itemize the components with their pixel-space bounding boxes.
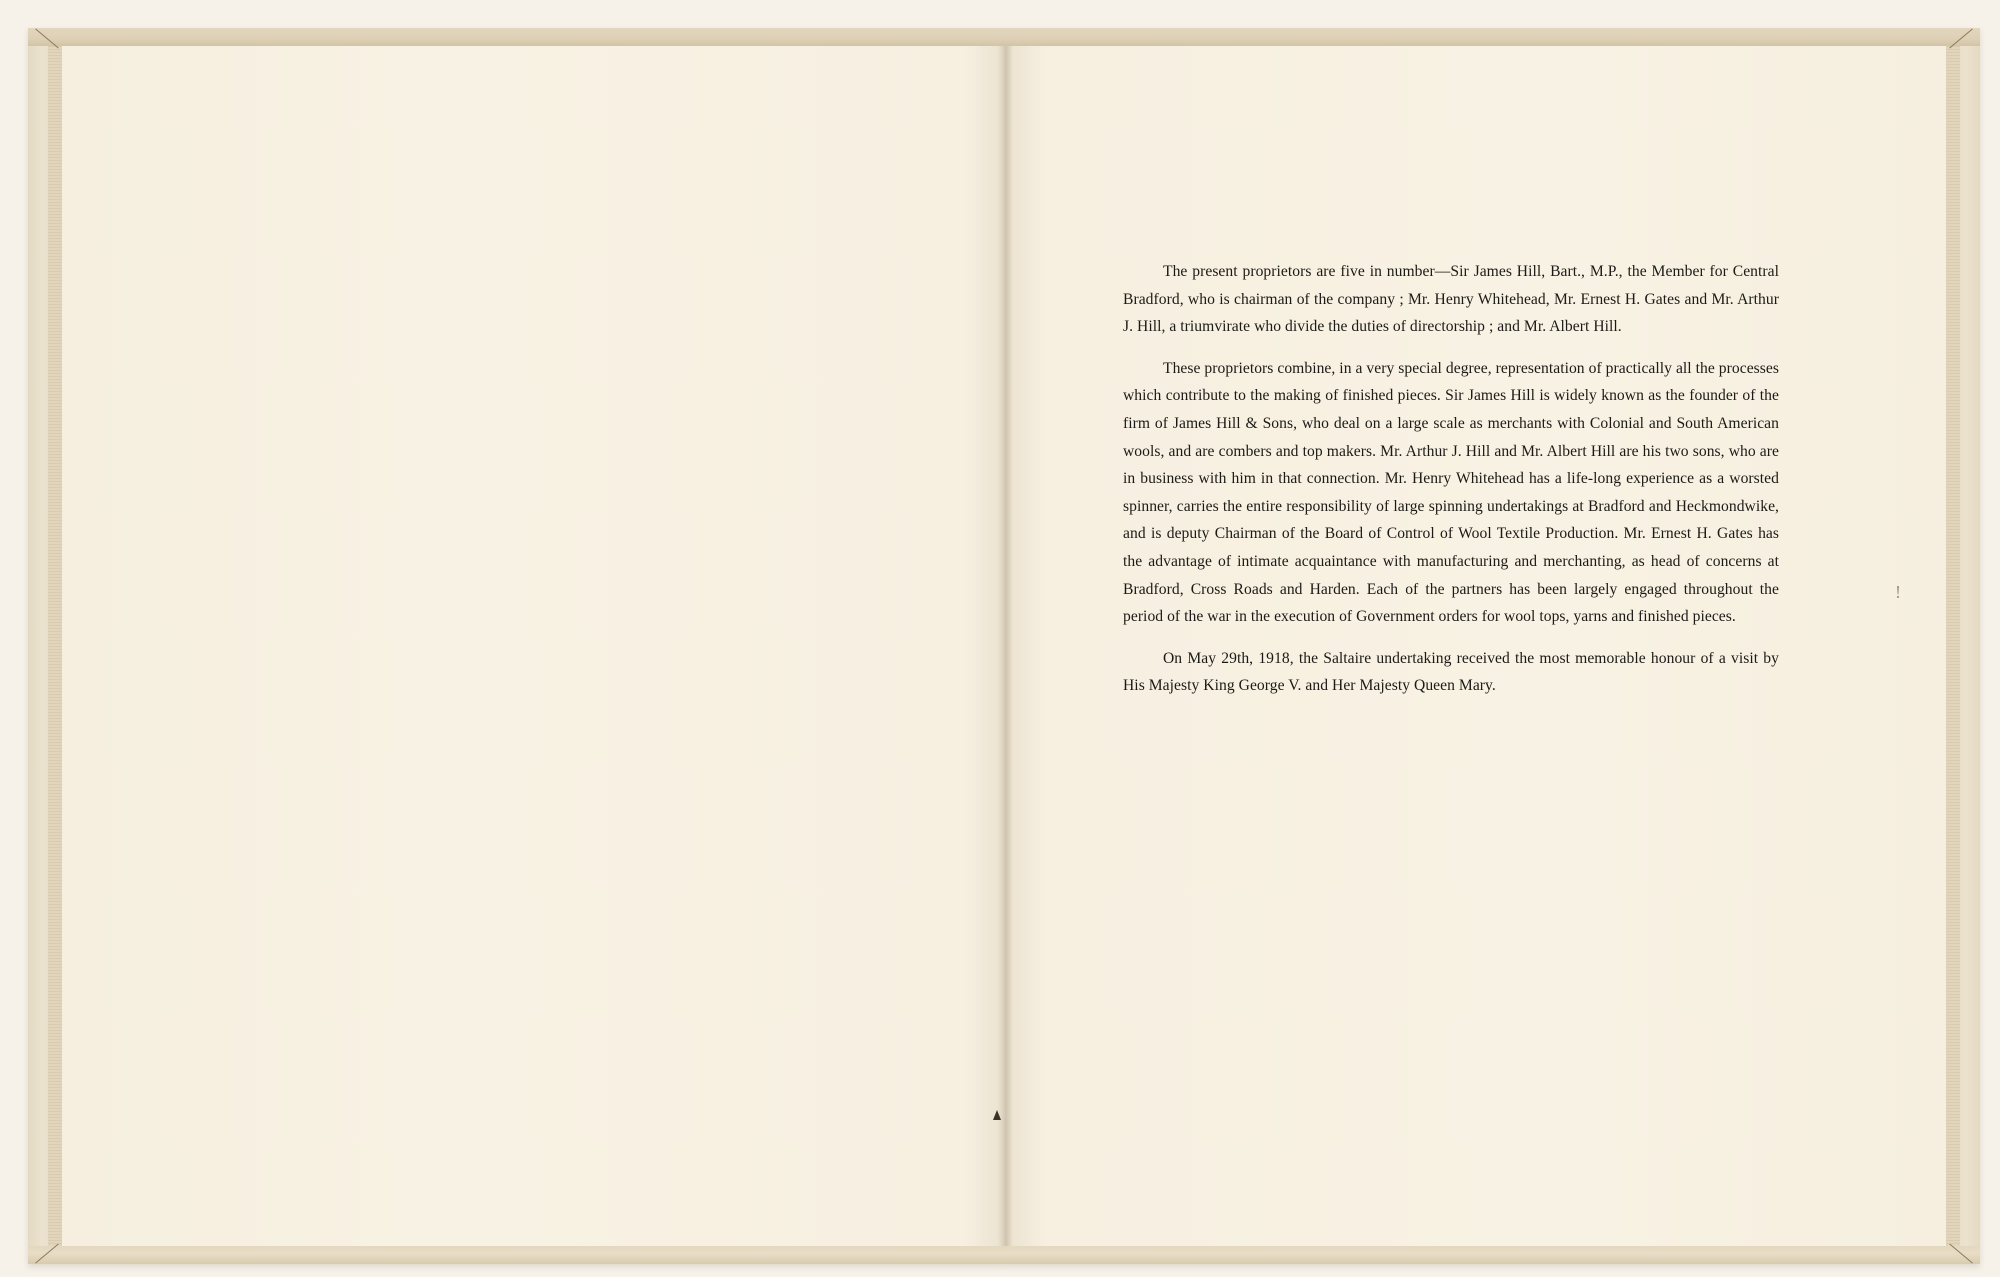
right-page-text: The present proprietors are five in numb… [1123, 258, 1779, 714]
right-bottom-binding-edge [1004, 1246, 1980, 1264]
spine-tear-mark [993, 1110, 1001, 1120]
paragraph-royal-visit: On May 29th, 1918, the Saltaire undertak… [1123, 645, 1779, 700]
right-top-binding-edge [1004, 28, 1980, 46]
left-bottom-binding-edge [28, 1246, 1004, 1264]
margin-pencil-mark: ! [1895, 582, 1901, 603]
paragraph-proprietors: The present proprietors are five in numb… [1123, 258, 1779, 341]
left-page-blank [62, 46, 1000, 1246]
paragraph-proprietors-background: These proprietors combine, in a very spe… [1123, 355, 1779, 631]
book-spine-gutter [998, 46, 1012, 1246]
left-cloth-strip [48, 46, 62, 1246]
left-top-binding-edge [28, 28, 1004, 46]
right-cloth-strip [1946, 46, 1960, 1246]
